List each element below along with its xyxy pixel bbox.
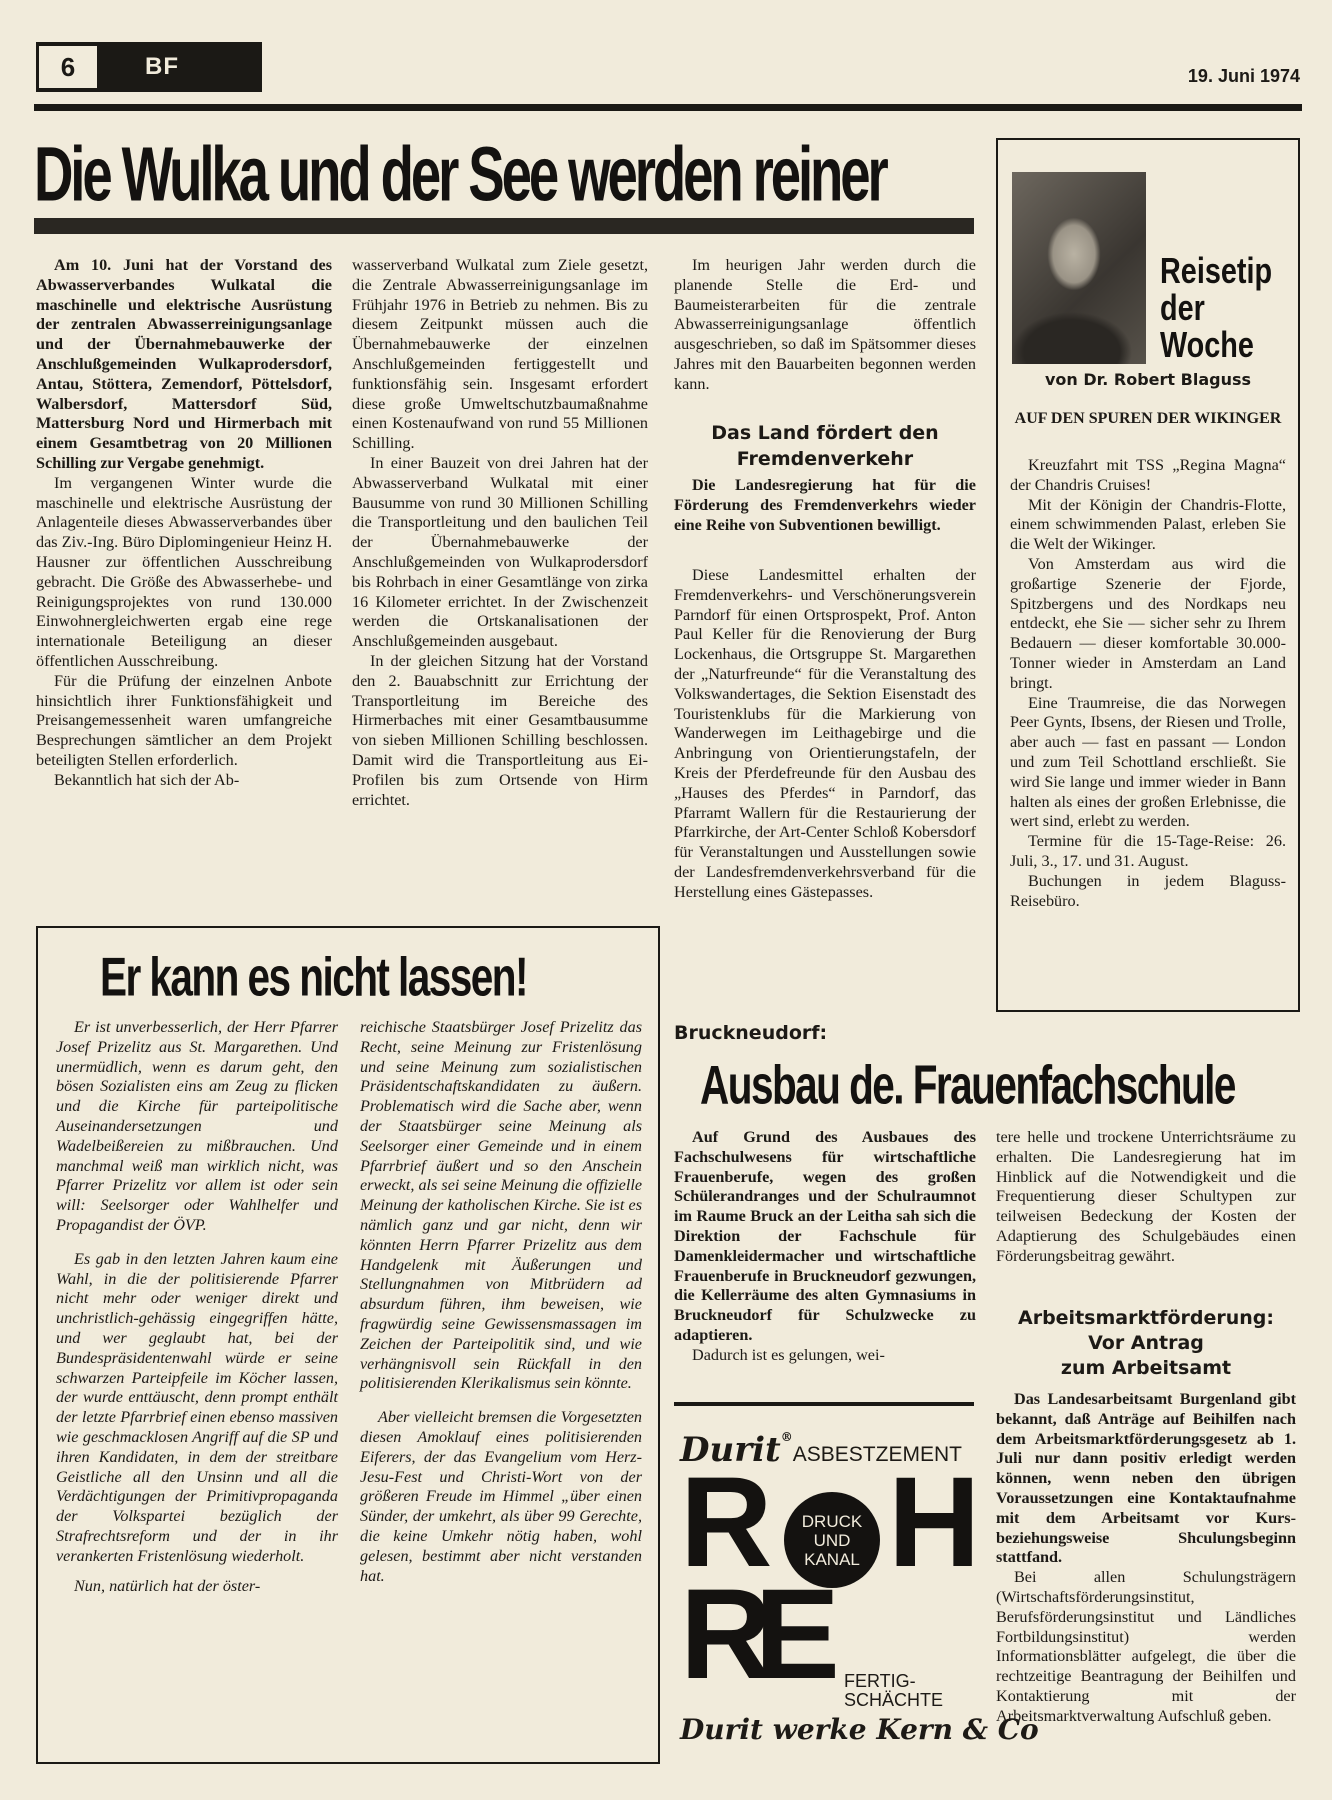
school-headline: Ausbau de. Frauenfachschule xyxy=(700,1054,1235,1117)
durit-advertisement: Durit®ASBESTZEMENT R DRUCK UND KANAL H R… xyxy=(676,1430,976,1740)
commentary-column-2: reichische Staatsbürger Josef Prizelitz … xyxy=(360,1018,642,1586)
paragraph: Mit der Königin der Chandris-Flotte, ein… xyxy=(1010,496,1286,555)
title-line: Woche xyxy=(1160,326,1272,363)
tourism-lead: Die Landesregierung hat für die Förderun… xyxy=(674,476,976,535)
school-column-1: Auf Grund des Ausbaues des Fachschulwese… xyxy=(674,1128,976,1366)
paragraph: Dadurch ist es gelungen, wei- xyxy=(674,1346,976,1366)
paragraph: Bekanntlich hat sich der Ab- xyxy=(36,771,332,791)
ad-letter: R xyxy=(680,1468,772,1578)
section-label: BF xyxy=(145,53,179,81)
paragraph: Buchungen in jedem Blaguss-Reisebüro. xyxy=(1010,872,1286,912)
school-kicker: Bruckneudorf: xyxy=(674,1022,827,1044)
paragraph: In einer Bauzeit von drei Jahren hat der… xyxy=(352,454,648,652)
paragraph: Nun, natürlich hat der öster- xyxy=(56,1577,338,1597)
travel-tip-kicker: AUF DEN SPUREN DER WIKINGER xyxy=(1010,410,1286,428)
ad-letters-bottom: RE xyxy=(680,1580,822,1690)
paragraph: tere helle und trockene Unterrichtsräume… xyxy=(996,1128,1296,1267)
title-line: Reisetip xyxy=(1160,252,1272,289)
tourism-body-text: Diese Landesmittel erhalten der Fremdenv… xyxy=(674,566,976,903)
ad-letter: H xyxy=(888,1468,980,1578)
paragraph: Im heurigen Jahr werden durch die planen… xyxy=(674,256,976,395)
paragraph: Aber vielleicht bremsen die Vorgesetzten… xyxy=(360,1408,642,1586)
commentary-headline: Er kann es nicht lassen! xyxy=(100,946,527,1009)
main-article-column-2: wasserverband Wulkatal zum Ziele gesetzt… xyxy=(352,256,648,810)
labor-headline: Arbeitsmarktförderung: Vor Antrag zum Ar… xyxy=(986,1306,1306,1381)
title-line: der xyxy=(1160,289,1272,326)
side-line: SCHÄCHTE xyxy=(844,1691,943,1710)
labor-lead: Das Landesarbeitsamt Burgenland gibt bek… xyxy=(996,1390,1296,1568)
ad-separator xyxy=(674,1402,974,1406)
main-article-column-1: Am 10. Juni hat der Vorstand des Abwasse… xyxy=(36,256,332,791)
headline-bar xyxy=(34,218,974,234)
commentary-column-1: Er ist unverbesserlich, der Herr Pfarrer… xyxy=(56,1018,338,1596)
headline-line: Vor Antrag xyxy=(986,1331,1306,1356)
tourism-lead-text: Die Landesregierung hat für die Förderun… xyxy=(674,476,976,535)
travel-tip-author: von Dr. Robert Blaguss xyxy=(1004,370,1292,389)
paragraph: Eine Traumreise, die das Norwegen Peer G… xyxy=(1010,694,1286,833)
headline-line: Arbeitsmarktförderung: xyxy=(986,1306,1306,1331)
tourism-headline: Das Land fördert den Fremdenverkehr xyxy=(674,420,976,472)
ad-letter: R xyxy=(680,1563,754,1706)
side-line: FERTIG- xyxy=(844,1672,943,1691)
ad-letter: E xyxy=(754,1563,821,1706)
registered-mark: ® xyxy=(781,1430,793,1444)
paragraph: Kreuzfahrt mit TSS „Regina Magna“ der Ch… xyxy=(1010,456,1286,496)
paragraph: Im vergangenen Winter wurde die maschine… xyxy=(36,474,332,672)
main-article-column-3: Im heurigen Jahr werden durch die planen… xyxy=(674,256,976,395)
paragraph: Termine für die 15-Tage-Reise: 26. Juli,… xyxy=(1010,832,1286,872)
tourism-body: Diese Landesmittel erhalten der Fremdenv… xyxy=(674,566,976,903)
ad-footer: Durit werke Kern & Co xyxy=(680,1713,1039,1746)
circle-line: DRUCK xyxy=(784,1512,880,1531)
paragraph: reichische Staatsbürger Josef Prizelitz … xyxy=(360,1018,642,1394)
paragraph: wasserverband Wulkatal zum Ziele gesetzt… xyxy=(352,256,648,454)
author-photo xyxy=(1012,172,1146,364)
circle-line: UND xyxy=(784,1531,880,1550)
top-rule xyxy=(34,104,1302,111)
paragraph: Von Amsterdam aus wird die großartige Sz… xyxy=(1010,555,1286,694)
ad-side-text: FERTIG- SCHÄCHTE xyxy=(844,1672,943,1710)
travel-tip-body: Kreuzfahrt mit TSS „Regina Magna“ der Ch… xyxy=(1010,456,1286,911)
labor-body: Das Landesarbeitsamt Burgenland gibt bek… xyxy=(996,1390,1296,1727)
school-lead: Auf Grund des Ausbaues des Fachschulwese… xyxy=(674,1128,976,1346)
paragraph: Es gab in den letzten Jahren kaum eine W… xyxy=(56,1250,338,1567)
page-number: 6 xyxy=(39,46,97,88)
main-headline: Die Wulka und der See werden reiner xyxy=(34,130,886,218)
headline-line: zum Arbeitsamt xyxy=(986,1356,1306,1381)
travel-tip-title: Reisetip der Woche xyxy=(1160,252,1272,363)
paragraph: Für die Prüfung der einzelnen Anbote hin… xyxy=(36,672,332,771)
paragraph: Bei allen Schulungsträgern (Wirtschaftsf… xyxy=(996,1568,1296,1726)
page-number-box: 6 BF xyxy=(36,42,262,92)
main-lead-paragraph: Am 10. Juni hat der Vorstand des Abwasse… xyxy=(36,256,332,474)
school-column-2: tere helle und trockene Unterrichtsräume… xyxy=(996,1128,1296,1267)
paragraph: Er ist unverbesserlich, der Herr Pfarrer… xyxy=(56,1018,338,1236)
paragraph: In der gleichen Sitzung hat der Vorstand… xyxy=(352,652,648,810)
issue-date: 19. Juni 1974 xyxy=(1188,66,1300,87)
